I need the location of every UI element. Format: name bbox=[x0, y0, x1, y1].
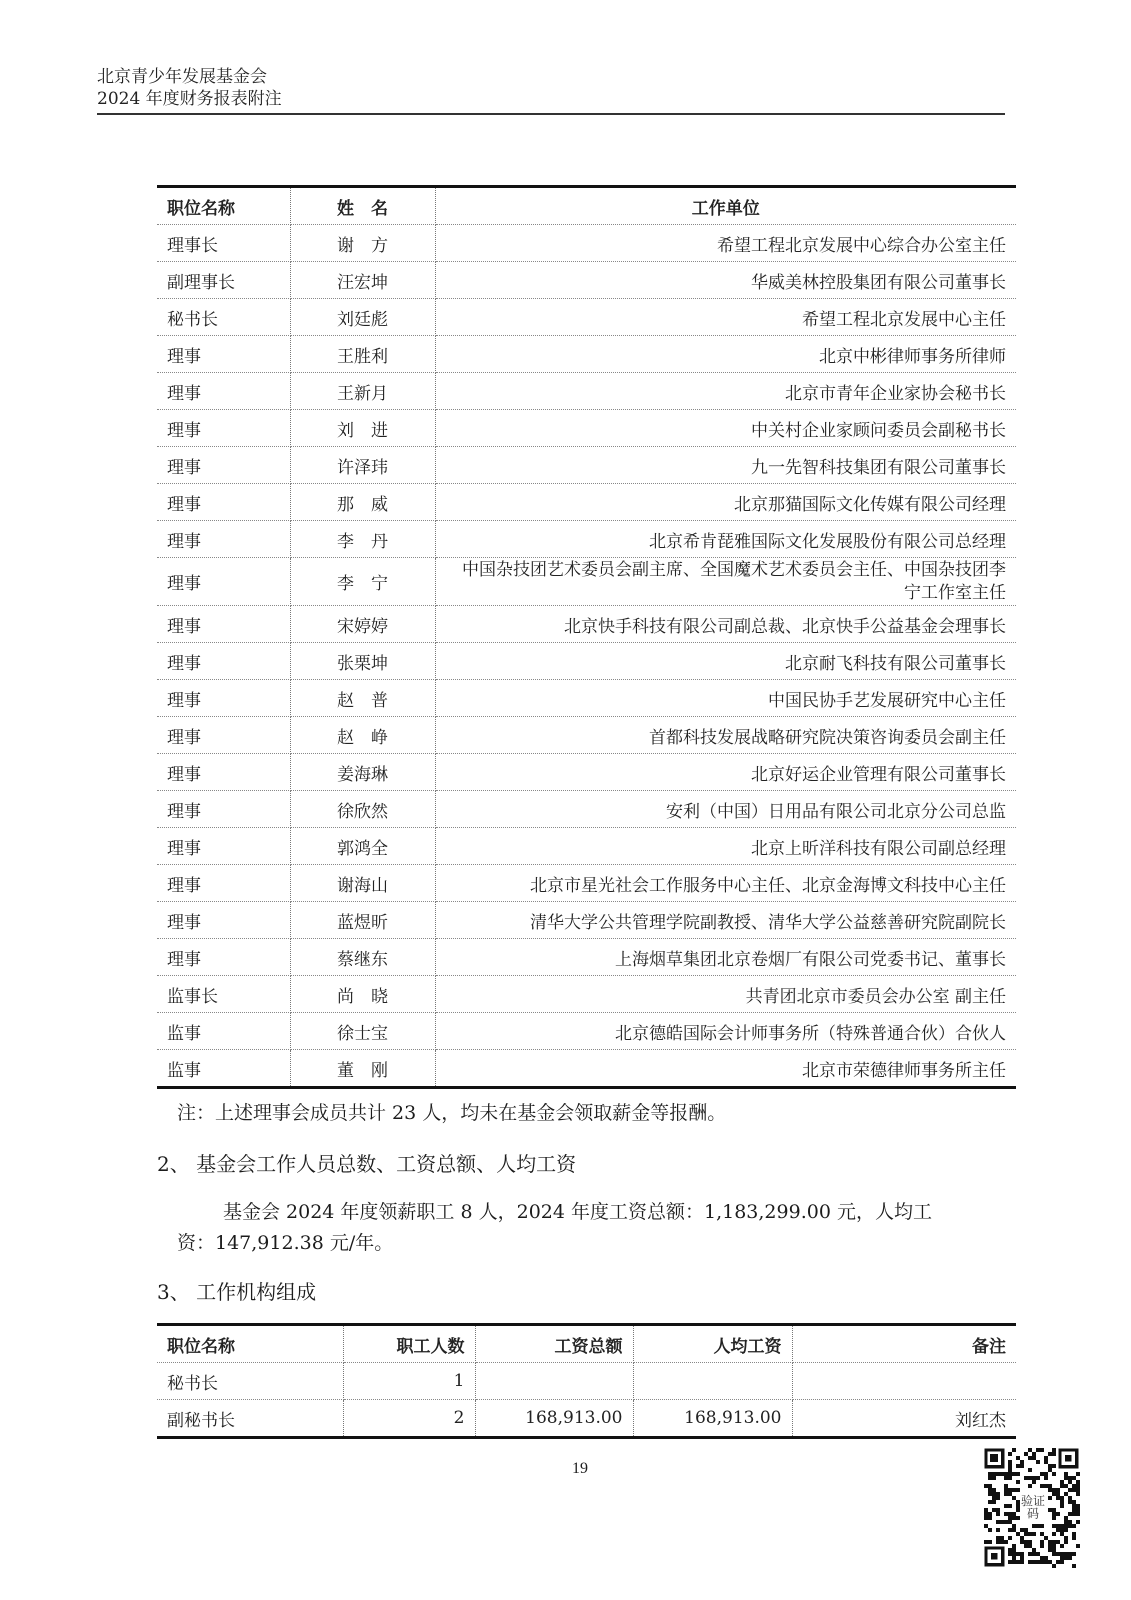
position-cell: 理事 bbox=[157, 902, 290, 939]
name-cell: 谢 方 bbox=[290, 225, 435, 262]
table-row: 理事张栗坤北京耐飞科技有限公司董事长 bbox=[157, 643, 1016, 680]
table-row: 理事长谢 方希望工程北京发展中心综合办公室主任 bbox=[157, 225, 1016, 262]
position-cell: 监事 bbox=[157, 1013, 290, 1050]
unit-cell: 九一先智科技集团有限公司董事长 bbox=[435, 447, 1016, 484]
name-cell: 徐士宝 bbox=[290, 1013, 435, 1050]
unit-cell: 中关村企业家顾问委员会副秘书长 bbox=[435, 410, 1016, 447]
unit-cell: 北京中彬律师事务所律师 bbox=[435, 336, 1016, 373]
table-row: 副秘书长2168,913.00168,913.00刘红杰 bbox=[157, 1400, 1016, 1438]
page-number: 19 bbox=[572, 1460, 588, 1478]
position-cell: 理事 bbox=[157, 521, 290, 558]
table-row: 理事蓝煜昕清华大学公共管理学院副教授、清华大学公益慈善研究院副院长 bbox=[157, 902, 1016, 939]
position-cell: 监事 bbox=[157, 1050, 290, 1088]
section-heading-org: 3、 工作机构组成 bbox=[157, 1276, 316, 1305]
table-row: 监事徐士宝北京德皓国际会计师事务所（特殊普通合伙）合伙人 bbox=[157, 1013, 1016, 1050]
table-row: 秘书长刘廷彪希望工程北京发展中心主任 bbox=[157, 299, 1016, 336]
table-row: 理事姜海琳北京好运企业管理有限公司董事长 bbox=[157, 754, 1016, 791]
position-cell: 理事 bbox=[157, 791, 290, 828]
table-row: 理事王胜利北京中彬律师事务所律师 bbox=[157, 336, 1016, 373]
name-cell: 蔡继东 bbox=[290, 939, 435, 976]
name-cell: 赵 峥 bbox=[290, 717, 435, 754]
position-cell: 理事 bbox=[157, 939, 290, 976]
table-row: 理事宋婷婷北京快手科技有限公司副总裁、北京快手公益基金会理事长 bbox=[157, 606, 1016, 643]
position-cell: 秘书长 bbox=[157, 1363, 343, 1400]
unit-cell: 北京那猫国际文化传媒有限公司经理 bbox=[435, 484, 1016, 521]
section-heading-staff: 2、 基金会工作人员总数、工资总额、人均工资 bbox=[157, 1148, 576, 1177]
unit-cell: 北京市星光社会工作服务中心主任、北京金海博文科技中心主任 bbox=[435, 865, 1016, 902]
table-row: 理事徐欣然安利（中国）日用品有限公司北京分公司总监 bbox=[157, 791, 1016, 828]
unit-cell: 北京快手科技有限公司副总裁、北京快手公益基金会理事长 bbox=[435, 606, 1016, 643]
name-cell: 董 刚 bbox=[290, 1050, 435, 1088]
name-cell: 许泽玮 bbox=[290, 447, 435, 484]
name-cell: 李 宁 bbox=[290, 558, 435, 606]
name-cell: 张栗坤 bbox=[290, 643, 435, 680]
position-cell: 理事 bbox=[157, 447, 290, 484]
name-cell: 那 威 bbox=[290, 484, 435, 521]
column-header-position: 职位名称 bbox=[157, 187, 290, 225]
name-cell: 王胜利 bbox=[290, 336, 435, 373]
table-row: 理事刘 进中关村企业家顾问委员会副秘书长 bbox=[157, 410, 1016, 447]
name-cell: 刘 进 bbox=[290, 410, 435, 447]
doc-title: 2024 年度财务报表附注 bbox=[97, 88, 282, 110]
name-cell: 李 丹 bbox=[290, 521, 435, 558]
total-salary-cell bbox=[475, 1363, 633, 1400]
name-cell: 宋婷婷 bbox=[290, 606, 435, 643]
header-rule bbox=[97, 113, 1005, 115]
position-cell: 理事 bbox=[157, 373, 290, 410]
name-cell: 刘廷彪 bbox=[290, 299, 435, 336]
average-salary-cell: 168,913.00 bbox=[633, 1400, 792, 1438]
name-cell: 王新月 bbox=[290, 373, 435, 410]
unit-cell: 共青团北京市委员会办公室 副主任 bbox=[435, 976, 1016, 1013]
position-cell: 理事 bbox=[157, 410, 290, 447]
org-name: 北京青少年发展基金会 bbox=[97, 66, 282, 88]
table-row: 理事蔡继东上海烟草集团北京卷烟厂有限公司党委书记、董事长 bbox=[157, 939, 1016, 976]
position-cell: 理事 bbox=[157, 336, 290, 373]
org-structure-table: 职位名称 职工人数 工资总额 人均工资 备注 秘书长1副秘书长2168,913.… bbox=[157, 1323, 1016, 1439]
unit-cell: 上海烟草集团北京卷烟厂有限公司党委书记、董事长 bbox=[435, 939, 1016, 976]
remark-cell bbox=[792, 1363, 1016, 1400]
position-cell: 理事 bbox=[157, 865, 290, 902]
count-cell: 1 bbox=[343, 1363, 475, 1400]
average-salary-cell bbox=[633, 1363, 792, 1400]
table-row: 理事赵 峥首都科技发展战略研究院决策咨询委员会副主任 bbox=[157, 717, 1016, 754]
board-members-table: 职位名称 姓 名 工作单位 理事长谢 方希望工程北京发展中心综合办公室主任副理事… bbox=[157, 185, 1016, 1089]
unit-cell: 北京市青年企业家协会秘书长 bbox=[435, 373, 1016, 410]
unit-cell: 清华大学公共管理学院副教授、清华大学公益慈善研究院副院长 bbox=[435, 902, 1016, 939]
svg-text:码: 码 bbox=[1027, 1507, 1039, 1521]
unit-cell: 希望工程北京发展中心主任 bbox=[435, 299, 1016, 336]
table-row: 理事郭鸿全北京上昕洋科技有限公司副总经理 bbox=[157, 828, 1016, 865]
unit-cell: 中国民协手艺发展研究中心主任 bbox=[435, 680, 1016, 717]
column-header-position: 职位名称 bbox=[157, 1325, 343, 1363]
table-row: 理事许泽玮九一先智科技集团有限公司董事长 bbox=[157, 447, 1016, 484]
table-header-row: 职位名称 职工人数 工资总额 人均工资 备注 bbox=[157, 1325, 1016, 1363]
name-cell: 姜海琳 bbox=[290, 754, 435, 791]
unit-cell: 北京希肯琵雅国际文化发展股份有限公司总经理 bbox=[435, 521, 1016, 558]
staff-paragraph-line2: 资：147,912.38 元/年。 bbox=[177, 1228, 393, 1255]
name-cell: 蓝煜昕 bbox=[290, 902, 435, 939]
position-cell: 理事 bbox=[157, 484, 290, 521]
unit-cell: 华威美林控股集团有限公司董事长 bbox=[435, 262, 1016, 299]
table-row: 理事王新月北京市青年企业家协会秘书长 bbox=[157, 373, 1016, 410]
unit-cell: 北京好运企业管理有限公司董事长 bbox=[435, 754, 1016, 791]
name-cell: 徐欣然 bbox=[290, 791, 435, 828]
position-cell: 理事 bbox=[157, 717, 290, 754]
position-cell: 理事 bbox=[157, 643, 290, 680]
count-cell: 2 bbox=[343, 1400, 475, 1438]
position-cell: 副理事长 bbox=[157, 262, 290, 299]
unit-cell: 中国杂技团艺术委员会副主席、全国魔术艺术委员会主任、中国杂技团李宁工作室主任 bbox=[435, 558, 1016, 606]
name-cell: 汪宏坤 bbox=[290, 262, 435, 299]
table-row: 副理事长汪宏坤华威美林控股集团有限公司董事长 bbox=[157, 262, 1016, 299]
table-row: 理事那 威北京那猫国际文化传媒有限公司经理 bbox=[157, 484, 1016, 521]
page-header: 北京青少年发展基金会 2024 年度财务报表附注 bbox=[97, 66, 282, 110]
unit-cell: 希望工程北京发展中心综合办公室主任 bbox=[435, 225, 1016, 262]
table-row: 监事长尚 晓共青团北京市委员会办公室 副主任 bbox=[157, 976, 1016, 1013]
unit-cell: 北京德皓国际会计师事务所（特殊普通合伙）合伙人 bbox=[435, 1013, 1016, 1050]
staff-paragraph: 基金会 2024 年度领薪职工 8 人，2024 年度工资总额：1,183,29… bbox=[177, 1196, 1007, 1228]
unit-cell: 北京耐飞科技有限公司董事长 bbox=[435, 643, 1016, 680]
unit-cell: 北京上昕洋科技有限公司副总经理 bbox=[435, 828, 1016, 865]
position-cell: 理事 bbox=[157, 754, 290, 791]
column-header-total: 工资总额 bbox=[475, 1325, 633, 1363]
name-cell: 谢海山 bbox=[290, 865, 435, 902]
column-header-name: 姓 名 bbox=[290, 187, 435, 225]
position-cell: 理事长 bbox=[157, 225, 290, 262]
name-cell: 赵 普 bbox=[290, 680, 435, 717]
table-row: 理事赵 普中国民协手艺发展研究中心主任 bbox=[157, 680, 1016, 717]
table-row: 理事李 宁中国杂技团艺术委员会副主席、全国魔术艺术委员会主任、中国杂技团李宁工作… bbox=[157, 558, 1016, 606]
total-salary-cell: 168,913.00 bbox=[475, 1400, 633, 1438]
column-header-remark: 备注 bbox=[792, 1325, 1016, 1363]
position-cell: 秘书长 bbox=[157, 299, 290, 336]
column-header-unit: 工作单位 bbox=[435, 187, 1016, 225]
unit-cell: 安利（中国）日用品有限公司北京分公司总监 bbox=[435, 791, 1016, 828]
name-cell: 尚 晓 bbox=[290, 976, 435, 1013]
table-header-row: 职位名称 姓 名 工作单位 bbox=[157, 187, 1016, 225]
table-row: 监事董 刚北京市荣德律师事务所主任 bbox=[157, 1050, 1016, 1088]
position-cell: 理事 bbox=[157, 606, 290, 643]
position-cell: 理事 bbox=[157, 680, 290, 717]
unit-cell: 北京市荣德律师事务所主任 bbox=[435, 1050, 1016, 1088]
column-header-count: 职工人数 bbox=[343, 1325, 475, 1363]
remark-cell: 刘红杰 bbox=[792, 1400, 1016, 1438]
verification-qr-code-icon: 验证 码 bbox=[984, 1447, 1080, 1569]
staff-paragraph-line1: 基金会 2024 年度领薪职工 8 人，2024 年度工资总额：1,183,29… bbox=[223, 1201, 932, 1223]
position-cell: 理事 bbox=[157, 828, 290, 865]
position-cell: 副秘书长 bbox=[157, 1400, 343, 1438]
table-row: 理事谢海山北京市星光社会工作服务中心主任、北京金海博文科技中心主任 bbox=[157, 865, 1016, 902]
table-row: 理事李 丹北京希肯琵雅国际文化发展股份有限公司总经理 bbox=[157, 521, 1016, 558]
position-cell: 监事长 bbox=[157, 976, 290, 1013]
table-row: 秘书长1 bbox=[157, 1363, 1016, 1400]
column-header-average: 人均工资 bbox=[633, 1325, 792, 1363]
name-cell: 郭鸿全 bbox=[290, 828, 435, 865]
unit-cell: 首都科技发展战略研究院决策咨询委员会副主任 bbox=[435, 717, 1016, 754]
position-cell: 理事 bbox=[157, 558, 290, 606]
board-note: 注：上述理事会成员共计 23 人，均未在基金会领取薪金等报酬。 bbox=[177, 1098, 726, 1125]
